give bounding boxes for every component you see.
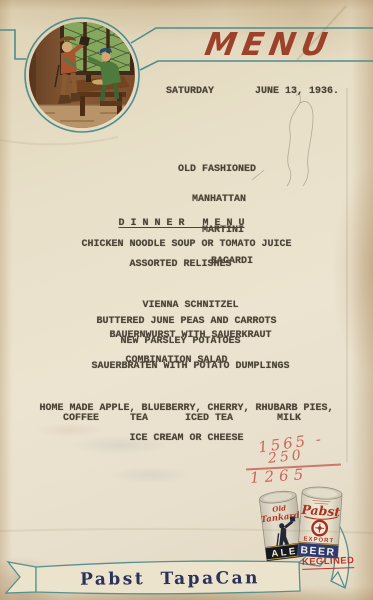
vintage-menu-card: MENU SATURDAY JUNE 13, 1936. OLD FASHION… xyxy=(0,0,373,600)
beverage-tea: TEA xyxy=(130,414,148,424)
beverage-coffee: COFFEE xyxy=(63,414,99,424)
pencil-doodle xyxy=(252,94,313,186)
entree-line: VIENNA SCHNITZEL xyxy=(4,301,373,311)
menu-date: JUNE 13, 1936. xyxy=(255,87,339,97)
pabst-tapacan-banner-text: Pabst TapaCan xyxy=(40,568,300,590)
keglined-label: KEGLINED xyxy=(302,555,355,570)
beverage-milk: MILK xyxy=(277,414,301,424)
beverage-iced-tea: ICED TEA xyxy=(185,414,233,424)
cocktail-item: OLD FASHIONED xyxy=(178,165,256,175)
pabst-beer-can: Pabst EXPORT BEER xyxy=(297,486,342,559)
page-title: MENU xyxy=(180,27,358,64)
course-relishes: ASSORTED RELISHES xyxy=(0,260,367,270)
course-vegetable: BUTTERED JUNE PEAS AND CARROTS xyxy=(0,317,373,327)
menu-day: SATURDAY xyxy=(166,87,214,97)
dinner-menu-heading: D I N N E R M E N U xyxy=(0,219,368,229)
old-tankard-ale-can: Old Tankard ALE xyxy=(258,489,305,561)
cocktail-item: MANHATTAN xyxy=(192,195,256,205)
pabst-roundel xyxy=(312,520,327,535)
tavern-scene-illustration xyxy=(20,13,144,137)
course-potatoes: NEW PARSLEY POTATOES xyxy=(0,337,367,347)
course-soup: CHICKEN NOODLE SOUP OR TOMATO JUICE xyxy=(0,240,373,250)
course-salad: COMBINATION SALAD xyxy=(0,356,363,366)
